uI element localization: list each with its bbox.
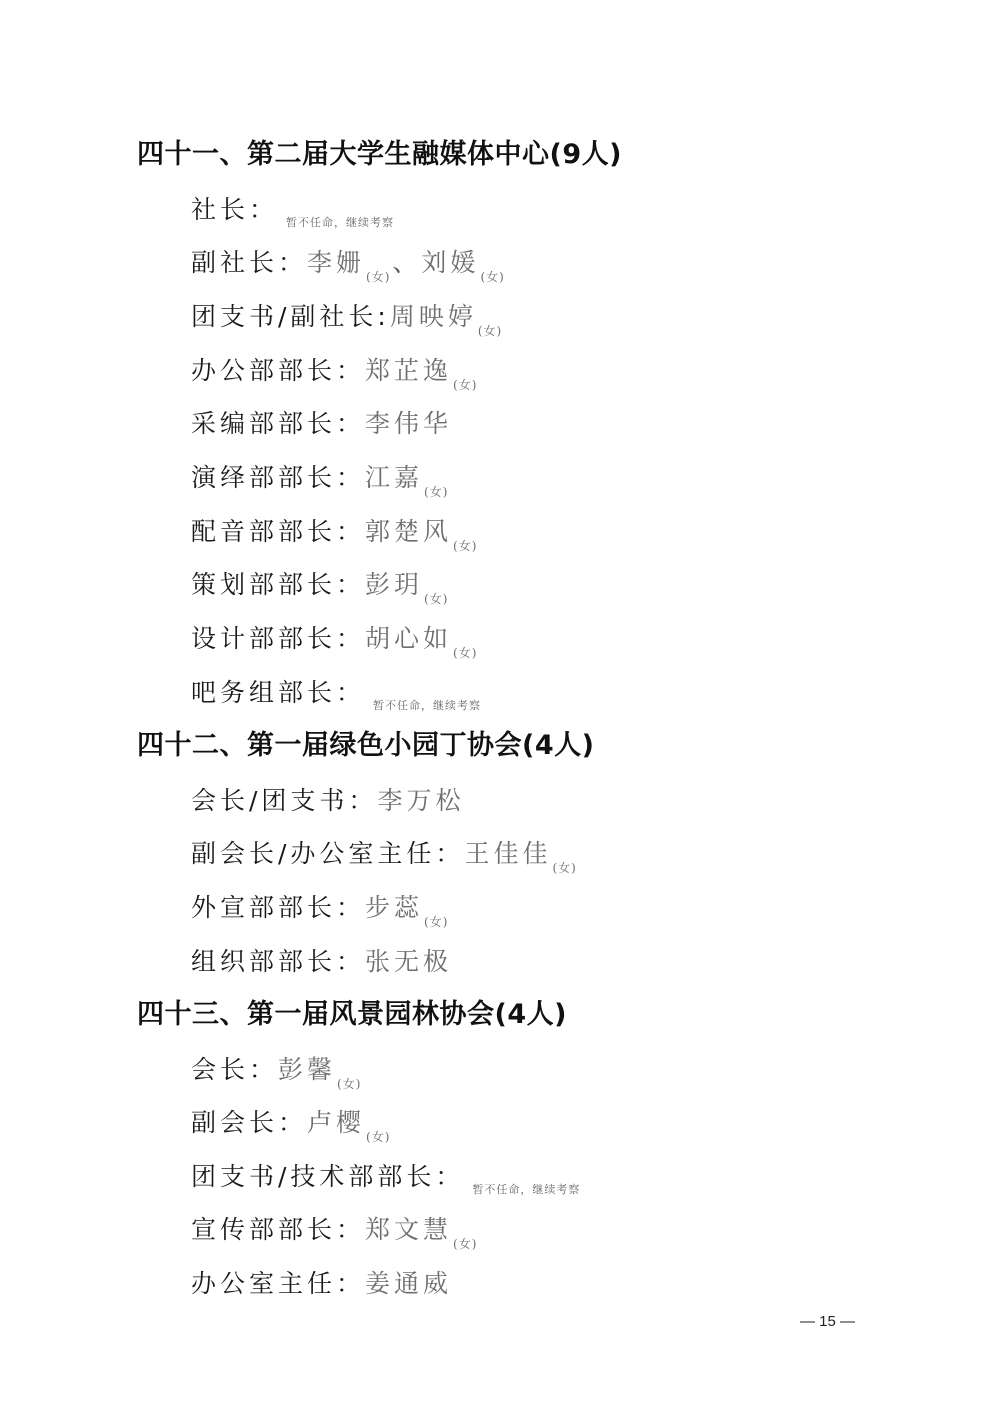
role-label: 副社长： [191, 246, 307, 280]
person-name: 王佳佳 [464, 837, 551, 871]
person: 王佳佳 (女) [464, 837, 576, 875]
person: 刘媛 (女) [421, 246, 504, 284]
role-label: 配音部部长： [191, 515, 365, 549]
entry-league-secretary: 团支书/副社长: 周映婷 (女) [191, 300, 502, 338]
entry-vice-president: 副会长： 卢樱 (女) [191, 1106, 390, 1144]
pending-note: 暂不任命，继续考察 [373, 689, 481, 723]
gender-tag: (女) [337, 1067, 361, 1101]
role-label: 团支书/技术部部长： [191, 1160, 464, 1194]
gender-tag: (女) [366, 260, 390, 294]
entry-vice-president-office: 副会长/办公室主任： 王佳佳 (女) [191, 837, 577, 875]
gender-tag: (女) [453, 529, 477, 563]
gender-tag: (女) [552, 851, 576, 885]
role-label: 宣传部部长： [191, 1213, 365, 1247]
entry-design-head: 设计部部长： 胡心如 (女) [191, 622, 477, 660]
person: 郭楚风 (女) [365, 515, 477, 553]
entry-planning-head: 策划部部长： 彭玥 (女) [191, 568, 448, 606]
person-name: 郑文慧 [365, 1213, 452, 1247]
entry-secretary-tech-head: 团支书/技术部部长： 暂不任命，继续考察 [191, 1160, 580, 1199]
gender-tag: (女) [453, 636, 477, 670]
entry-president-secretary: 会长/团支书： 李万松 [191, 784, 464, 818]
person: 胡心如 (女) [365, 622, 477, 660]
entry-publicity-head: 外宣部部长： 步蕊 (女) [191, 891, 448, 929]
person-name: 彭馨 [278, 1053, 336, 1087]
entry-organization-head: 组织部部长： 张无极 [191, 945, 452, 979]
person: 张无极 [365, 945, 452, 979]
role-label: 会长/团支书： [191, 784, 377, 818]
person-name: 卢樱 [307, 1106, 365, 1140]
person-name: 步蕊 [365, 891, 423, 925]
entry-propaganda-head: 宣传部部长： 郑文慧 (女) [191, 1213, 477, 1251]
person: 周映婷 (女) [390, 300, 502, 338]
person-name: 郭楚风 [365, 515, 452, 549]
role-label: 演绎部部长： [191, 461, 365, 495]
entry-office-director: 办公室主任： 姜通威 [191, 1267, 452, 1301]
entry-president: 社长： 暂不任命，继续考察 [191, 193, 394, 232]
person: 姜通威 [365, 1267, 452, 1301]
person: 李伟华 [365, 407, 452, 441]
person-name: 李万松 [377, 784, 464, 818]
entry-office-head: 办公部部长： 郑芷逸 (女) [191, 354, 477, 392]
role-label: 吧务组部长： [191, 676, 365, 710]
person: 卢樱 (女) [307, 1106, 390, 1144]
person-name: 刘媛 [421, 246, 479, 280]
person-name: 胡心如 [365, 622, 452, 656]
person-name: 姜通威 [365, 1267, 452, 1301]
entry-president: 会长： 彭馨 (女) [191, 1053, 361, 1091]
entry-vice-president: 副社长： 李姗 (女) 、 刘媛 (女) [191, 246, 505, 284]
person-name: 李伟华 [365, 407, 452, 441]
gender-tag: (女) [453, 1227, 477, 1261]
section-title-42: 四十二、第一届绿色小园丁协会(4人) [137, 729, 594, 763]
section-title-41: 四十一、第二届大学生融媒体中心(9人) [137, 138, 622, 172]
gender-tag: (女) [424, 905, 448, 939]
person: 郑芷逸 (女) [365, 354, 477, 392]
role-label: 副会长： [191, 1106, 307, 1140]
role-label: 办公部部长： [191, 354, 365, 388]
person: 李万松 [377, 784, 464, 818]
person-name: 郑芷逸 [365, 354, 452, 388]
page-number: — 15 — [800, 1313, 855, 1330]
document-page: 四十一、第二届大学生融媒体中心(9人) 社长： 暂不任命，继续考察 副社长： 李… [0, 0, 1000, 1414]
person-name: 周映婷 [390, 300, 477, 334]
gender-tag: (女) [366, 1120, 390, 1154]
role-label: 社长： [191, 193, 278, 227]
role-label: 团支书/副社长: [191, 300, 390, 334]
person-name: 张无极 [365, 945, 452, 979]
section-title-43: 四十三、第一届风景园林协会(4人) [137, 998, 567, 1032]
role-label: 会长： [191, 1053, 278, 1087]
pending-note: 暂不任命，继续考察 [286, 206, 394, 240]
role-label: 副会长/办公室主任： [191, 837, 464, 871]
entry-forum-group-head: 吧务组部长： 暂不任命，继续考察 [191, 676, 481, 715]
person: 步蕊 (女) [365, 891, 448, 929]
name-separator: 、 [392, 246, 417, 280]
role-label: 办公室主任： [191, 1267, 365, 1301]
person: 李姗 (女) [307, 246, 390, 284]
gender-tag: (女) [453, 368, 477, 402]
pending-note: 暂不任命，继续考察 [472, 1173, 580, 1207]
person: 彭玥 (女) [365, 568, 448, 606]
role-label: 组织部部长： [191, 945, 365, 979]
person: 江嘉 (女) [365, 461, 448, 499]
role-label: 外宣部部长： [191, 891, 365, 925]
role-label: 设计部部长： [191, 622, 365, 656]
person-name: 李姗 [307, 246, 365, 280]
gender-tag: (女) [478, 314, 502, 348]
role-label: 策划部部长： [191, 568, 365, 602]
role-label: 采编部部长： [191, 407, 365, 441]
gender-tag: (女) [480, 260, 504, 294]
gender-tag: (女) [424, 582, 448, 616]
entry-editorial-head: 采编部部长： 李伟华 [191, 407, 452, 441]
person-name: 彭玥 [365, 568, 423, 602]
person-name: 江嘉 [365, 461, 423, 495]
entry-performance-head: 演绎部部长： 江嘉 (女) [191, 461, 448, 499]
person: 彭馨 (女) [278, 1053, 361, 1091]
entry-dubbing-head: 配音部部长： 郭楚风 (女) [191, 515, 477, 553]
person: 郑文慧 (女) [365, 1213, 477, 1251]
gender-tag: (女) [424, 475, 448, 509]
